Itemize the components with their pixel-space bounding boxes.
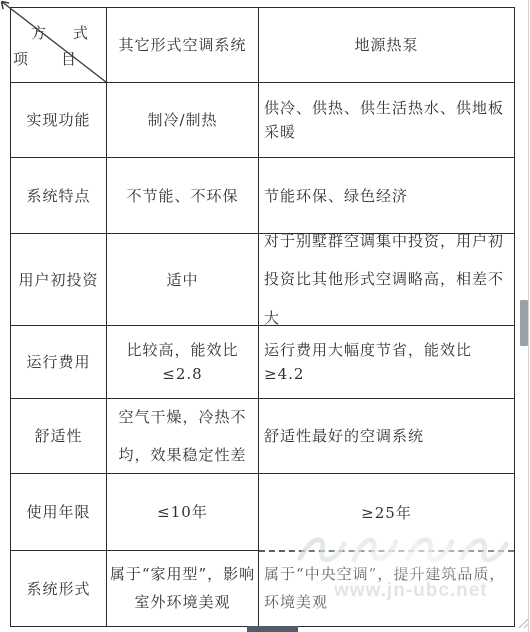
column-header-other-ac: 其它形式空调系统 [107,8,259,83]
window-right-border [528,0,529,632]
row-label: 舒适性 [11,399,107,474]
table-cell-gshp: 供冷、供热、供生活热水、供地板采暖 [259,83,514,158]
table-cell-gshp: 运行费用大幅度节省，能效比≥4.2 [259,326,514,399]
column-header-gshp: 地源热泵 [259,8,514,83]
table-cell-gshp: 属于“中央空调”，提升建筑品质，环境美观 [259,550,514,626]
table-cell-gshp: 对于别墅群空调集中投资，用户初投资比其他形式空调略高，相差不大 [259,234,514,326]
row-label: 用户初投资 [11,234,107,326]
corner-label-method: 方 式 [31,21,94,45]
page: 方 式 项 目 其它形式空调系统 地源热泵 实现功能 制冷/制热 供冷、供热、供… [0,0,530,632]
row-label: 系统形式 [11,551,107,626]
table-cell-other-ac: 不节能、不环保 [107,158,259,234]
table-cell-other-ac: 空气干燥，冷热不均，效果稳定性差 [107,399,259,474]
table-cell-other-ac: 制冷/制热 [107,83,259,158]
table-cell-other-ac: 比较高，能效比≤2.8 [107,326,259,399]
row-label: 使用年限 [11,474,107,551]
resize-grip-icon [515,615,529,629]
table-cell-other-ac: ≤10年 [107,474,259,551]
comparison-table: 方 式 项 目 其它形式空调系统 地源热泵 实现功能 制冷/制热 供冷、供热、供… [10,7,515,627]
row-label: 运行费用 [11,326,107,399]
corner-label-item: 项 目 [13,47,85,71]
corner-header-cell: 方 式 项 目 [11,8,107,83]
table-cell-gshp: 舒适性最好的空调系统 [259,399,514,474]
horizontal-scrollbar-thumb[interactable] [247,626,298,632]
row-label: 实现功能 [11,83,107,158]
table-cell-other-ac: 适中 [107,234,259,326]
row-label: 系统特点 [11,158,107,234]
table-cell-gshp: ≥25年 [259,474,514,551]
vertical-scrollbar-thumb[interactable] [520,300,528,346]
table-cell-other-ac: 属于“家用型”，影响室外环境美观 [107,551,259,626]
